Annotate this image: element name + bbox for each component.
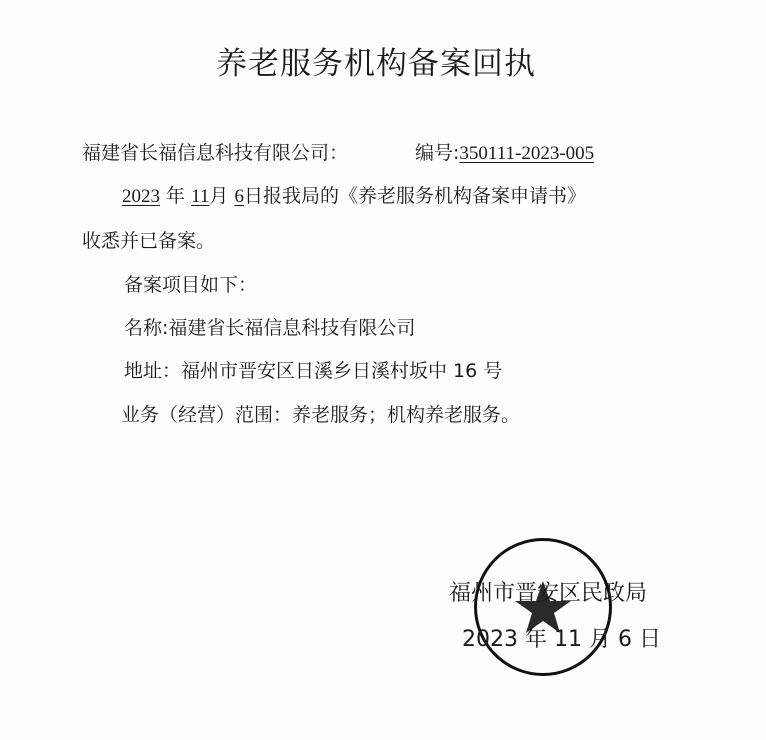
item-address: 地址：福州市晋安区日溪乡日溪村坂中 16 号 (124, 356, 502, 383)
star-icon (477, 541, 609, 673)
recipient: 福建省长福信息科技有限公司： (82, 138, 348, 165)
document-title: 养老服务机构备案回执 (216, 38, 536, 83)
date-year: 2023 (122, 186, 160, 207)
number-label: 编号: (415, 142, 459, 164)
issue-date: 2023 年 11 月 6 日 (462, 622, 661, 653)
item-business-scope: 业务（经营）范围：养老服务；机构养老服务。 (121, 400, 520, 427)
date-month: 11 (191, 186, 209, 207)
items-heading: 备案项目如下： (124, 270, 257, 297)
body-sentence-continued: 收悉并已备案。 (82, 226, 215, 253)
official-seal (474, 538, 612, 676)
document-number: 编号:350111-2023-005 (415, 138, 594, 165)
date-day: 6 (234, 186, 244, 207)
number-value: 350111-2023-005 (459, 143, 594, 164)
issuer-name: 福州市晋安区民政局 (449, 576, 647, 607)
item-name: 名称:福建省长福信息科技有限公司 (124, 313, 415, 340)
body-sentence: 2023 年 11月 6日报我局的《养老服务机构备案申请书》 (122, 181, 586, 208)
